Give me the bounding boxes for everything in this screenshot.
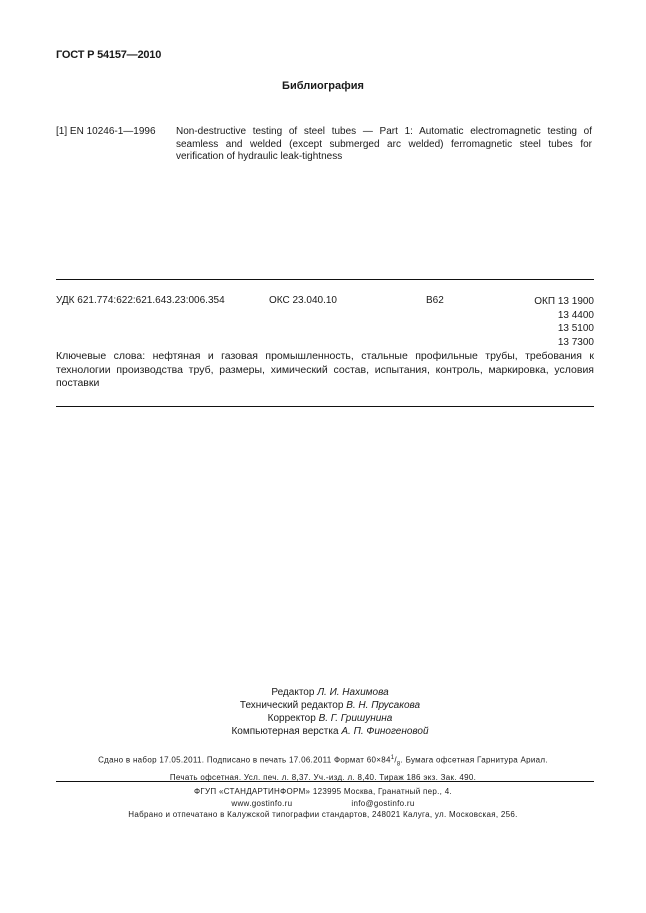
document-id: ГОСТ Р 54157—2010 bbox=[56, 49, 161, 61]
email-link[interactable]: info@gostinfo.ru bbox=[351, 799, 414, 808]
imprint-text: Сдано в набор 17.05.2011. Подписано в пе… bbox=[98, 756, 391, 765]
credit-name: А. П. Финогеновой bbox=[341, 726, 428, 737]
credit-name: В. Г. Гришунина bbox=[319, 713, 393, 724]
bibliography-number: [1] EN 10246-1—1996 bbox=[56, 126, 156, 137]
credit-name: Л. И. Нахимова bbox=[317, 687, 388, 698]
udk-code: УДК 621.774:622:621.643.23:006.354 bbox=[56, 295, 225, 306]
credits: Редактор Л. И. Нахимова Технический реда… bbox=[0, 686, 646, 738]
credit-corrector: Корректор В. Г. Гришунина bbox=[0, 712, 646, 725]
divider-top bbox=[56, 279, 594, 280]
imprint-text: . Бумага офсетная Гарнитура Ариал. bbox=[401, 756, 548, 765]
section-title-text: Библиография bbox=[282, 80, 364, 92]
credit-editor: Редактор Л. И. Нахимова bbox=[0, 686, 646, 699]
divider-imprint bbox=[56, 781, 594, 782]
credit-tech-editor: Технический редактор В. Н. Прусакова bbox=[0, 699, 646, 712]
credit-name: В. Н. Прусакова bbox=[346, 700, 420, 711]
keywords: Ключевые слова: нефтяная и газовая промы… bbox=[56, 350, 594, 391]
format-fraction-numerator: 1 bbox=[391, 755, 395, 761]
divider-keywords bbox=[56, 406, 594, 407]
publisher-address: ФГУП «СТАНДАРТИНФОРМ» 123995 Москва, Гра… bbox=[0, 786, 646, 798]
section-title: Библиография bbox=[0, 80, 646, 92]
printing-house: Набрано и отпечатано в Калужской типогра… bbox=[0, 809, 646, 821]
group-code: В62 bbox=[426, 295, 444, 306]
imprint-line-2: Печать офсетная. Усл. печ. л. 8,37. Уч.-… bbox=[0, 771, 646, 784]
website-link[interactable]: www.gostinfo.ru bbox=[231, 798, 351, 810]
okp-code: 13 5100 bbox=[534, 322, 594, 336]
credit-role: Корректор bbox=[268, 713, 316, 724]
okp-code: 13 7300 bbox=[534, 336, 594, 350]
imprint: Сдано в набор 17.05.2011. Подписано в пе… bbox=[0, 752, 646, 784]
okp-code: ОКП 13 1900 bbox=[534, 295, 594, 309]
imprint-line-1: Сдано в набор 17.05.2011. Подписано в пе… bbox=[0, 752, 646, 771]
okp-code: 13 4400 bbox=[534, 309, 594, 323]
credit-role: Технический редактор bbox=[240, 700, 343, 711]
publisher-info: ФГУП «СТАНДАРТИНФОРМ» 123995 Москва, Гра… bbox=[0, 786, 646, 821]
okp-codes: ОКП 13 1900 13 4400 13 5100 13 7300 bbox=[534, 295, 594, 349]
credit-role: Компьютерная верстка bbox=[231, 726, 338, 737]
oks-code: ОКС 23.040.10 bbox=[269, 295, 337, 306]
credit-layout: Компьютерная верстка А. П. Финогеновой bbox=[0, 725, 646, 738]
bibliography-text: Non-destructive testing of steel tubes —… bbox=[176, 126, 592, 164]
publisher-contacts: www.gostinfo.ruinfo@gostinfo.ru bbox=[0, 798, 646, 810]
credit-role: Редактор bbox=[271, 687, 314, 698]
